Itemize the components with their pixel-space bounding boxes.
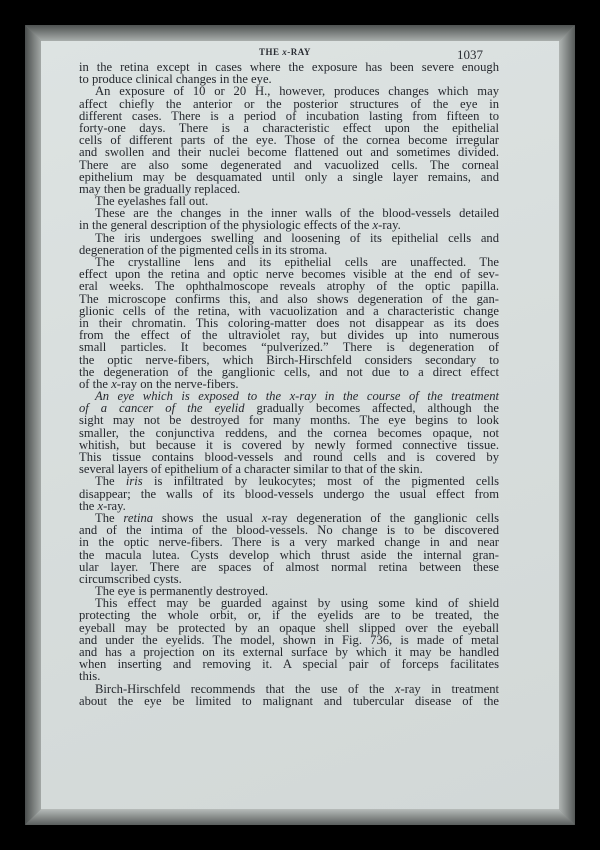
text-line: in the optic nerve-fibers. There is a ve… bbox=[79, 536, 499, 548]
scanned-page-frame: THE x-RAY 1037 in the retina except in c… bbox=[25, 25, 575, 825]
body-text: in the retina except in cases where the … bbox=[79, 61, 499, 707]
frame-bevel-left bbox=[25, 25, 41, 825]
text-line: smaller, the conjunctiva reddens, and th… bbox=[79, 427, 499, 439]
text-line: small particles. It becomes “pulverized.… bbox=[79, 341, 499, 353]
text-line: this. bbox=[79, 670, 499, 682]
text-line: the macula lutea. Cysts develop which th… bbox=[79, 549, 499, 561]
running-head: THE x-RAY 1037 bbox=[41, 47, 559, 61]
text-line: about the eye be limited to malignant an… bbox=[79, 695, 499, 707]
frame-bevel-bottom bbox=[25, 809, 575, 825]
text-line: and swollen and their nuclei become flat… bbox=[79, 146, 499, 158]
text-line: eyeball may be protected by an opaque sh… bbox=[79, 622, 499, 634]
running-head-title-post: -RAY bbox=[287, 47, 311, 57]
text-line: affect chiefly the anterior or the poste… bbox=[79, 98, 499, 110]
running-head-title-pre: THE bbox=[259, 47, 282, 57]
text-line: The microscope confirms this, and also s… bbox=[79, 293, 499, 305]
running-head-title: THE x-RAY bbox=[259, 47, 311, 57]
book-page: THE x-RAY 1037 in the retina except in c… bbox=[41, 41, 559, 809]
text-line: The iris is infiltrated by leukocytes; m… bbox=[79, 475, 499, 487]
text-line: sight may not be destroyed for many mont… bbox=[79, 414, 499, 426]
text-line: protecting the whole orbit, or, if the e… bbox=[79, 609, 499, 621]
text-line: eral weeks. The ophthalmoscope reveals a… bbox=[79, 280, 499, 292]
text-line: Birch-Hirschfeld recommends that the use… bbox=[79, 683, 499, 695]
text-line: The iris undergoes swelling and loosenin… bbox=[79, 232, 499, 244]
text-line: disappear; the walls of its blood-vessel… bbox=[79, 488, 499, 500]
text-line: the optic nerve-fibers, which Birch-Hirs… bbox=[79, 354, 499, 366]
frame-bevel-top bbox=[25, 25, 575, 41]
frame-bevel-right bbox=[559, 25, 575, 825]
text-line: when inserting and removing it. A specia… bbox=[79, 658, 499, 670]
text-line: An exposure of 10 or 20 H., however, pro… bbox=[79, 85, 499, 97]
text-line: There are also some degenerated and vacu… bbox=[79, 159, 499, 171]
text-line: in the general description of the physio… bbox=[79, 219, 499, 231]
